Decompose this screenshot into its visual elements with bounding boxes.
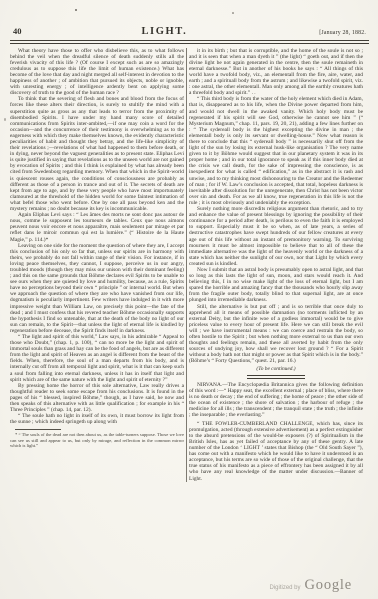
paragraph: “ The light and spirit of this world,” L… — [10, 334, 184, 383]
paragraph: To think that the severing of flesh and … — [10, 96, 184, 212]
scanned-page: 40 LIGHT. [January 28, 1882. What theory… — [0, 0, 378, 599]
note-nirvana: NIRVANA.—The Encyclopædia Britannica giv… — [189, 382, 363, 419]
text-columns: What theory have those to offer who disb… — [10, 48, 369, 482]
masthead-title: LIGHT. — [141, 26, 187, 37]
google-logo: Google — [305, 577, 353, 594]
google-watermark: Digitized by Google — [269, 577, 352, 594]
watermark-prefix-label: Digitized by — [269, 585, 300, 591]
left-column: What theory have those to offer who disb… — [10, 48, 184, 482]
scan-speck — [232, 12, 234, 14]
paragraph: Again Eliphas Levi says : “ Les âmes des… — [10, 212, 184, 242]
paragraph: Surely nothing more discredits religious… — [189, 206, 363, 267]
scan-speck — [4, 118, 6, 121]
issue-date: [January 28, 1882. — [319, 30, 366, 36]
paragraph: Now I submit that an astral body is pres… — [189, 267, 363, 304]
column-divider — [186, 48, 187, 482]
header-rule — [10, 40, 369, 44]
scan-speck — [75, 9, 77, 11]
continued-notice: (To be continued.) — [189, 366, 363, 373]
footnote: * “ The souls of the dead are not then a… — [10, 432, 184, 448]
paragraph: What theory have those to offer who disb… — [10, 48, 184, 97]
right-column: it in its birth ; but that is corruptibl… — [189, 48, 363, 482]
footnote-rule — [15, 429, 61, 430]
paragraph: Leaving on one side for the moment the q… — [10, 243, 184, 334]
paragraph: it in its birth ; but that is corruptibl… — [189, 48, 363, 97]
page-header: 40 LIGHT. [January 28, 1882. — [10, 26, 369, 40]
paragraph: “ The soule hath no light in itself of i… — [10, 413, 184, 425]
note-fowler-cumberland: “ THE FOWLER-CUMBERLAND CHALLENGE, which… — [189, 421, 363, 482]
section-rule — [247, 375, 305, 378]
page-number: 40 — [13, 26, 22, 36]
paragraph: By pressing home the horror of this sole… — [10, 383, 184, 413]
paragraph: Still, the alternative is but put off ; … — [189, 304, 363, 365]
paragraph: “ This third body is from the water of t… — [189, 96, 363, 206]
